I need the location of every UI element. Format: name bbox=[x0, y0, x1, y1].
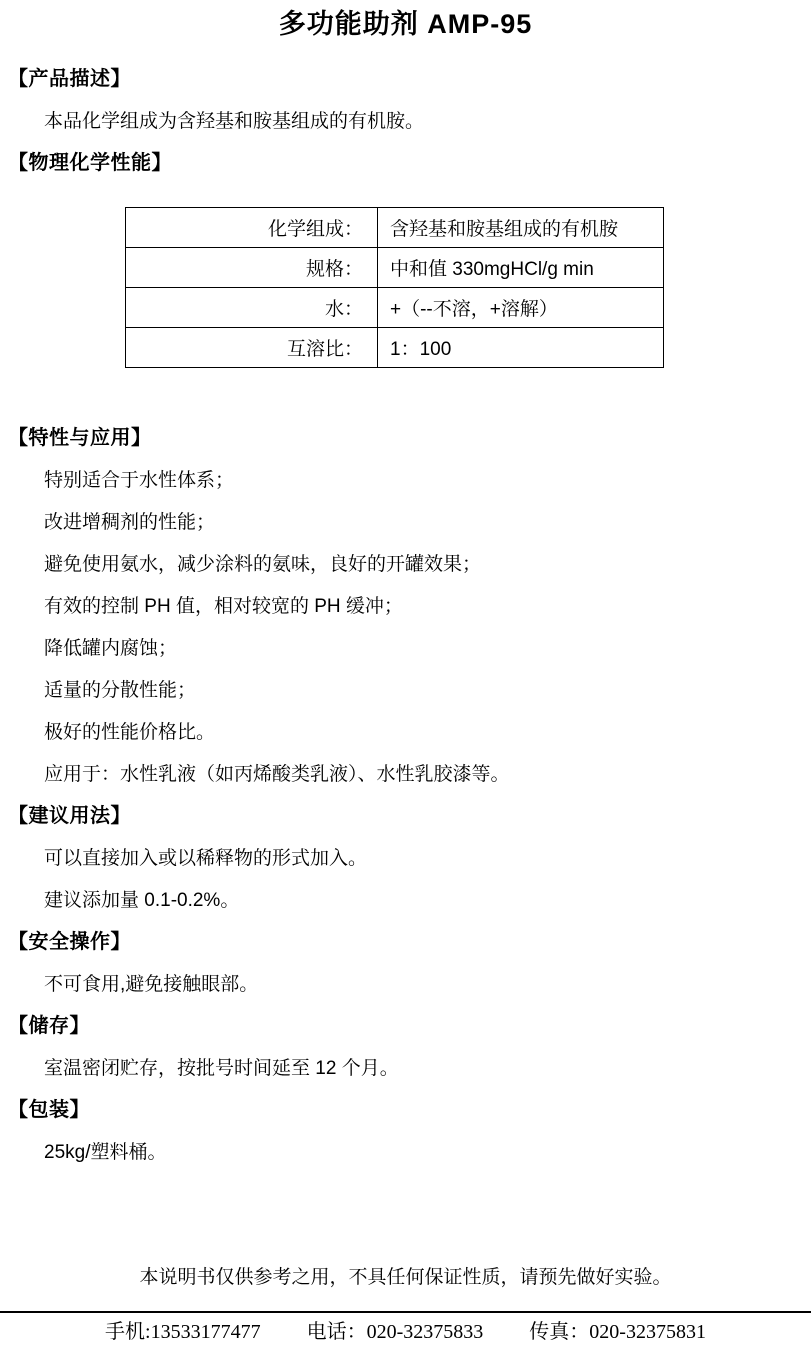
contact-bar: 手机:13533177477 电话：020-32375833 传真：020-32… bbox=[0, 1319, 811, 1345]
document-page: 多功能助剂 AMP-95 【产品描述】 本品化学组成为含羟基和胺基组成的有机胺。… bbox=[0, 0, 811, 1351]
property-value-water: +（--不溶，+溶解） bbox=[378, 288, 664, 328]
property-label-chemical-composition: 化学组成： bbox=[126, 208, 378, 248]
feature-item: 应用于：水性乳液（如丙烯酸类乳液）、水性乳胶漆等。 bbox=[44, 763, 811, 787]
property-label-water: 水： bbox=[126, 288, 378, 328]
table-row: 化学组成： 含羟基和胺基组成的有机胺 bbox=[126, 208, 664, 248]
feature-item: 降低罐内腐蚀； bbox=[44, 637, 811, 661]
table-row: 水： +（--不溶，+溶解） bbox=[126, 288, 664, 328]
contact-phone: 电话：020-32375833 bbox=[307, 1319, 484, 1345]
feature-item: 特别适合于水性体系； bbox=[44, 469, 811, 493]
contact-fax: 传真：020-32375831 bbox=[529, 1319, 706, 1345]
product-description-text: 本品化学组成为含羟基和胺基组成的有机胺。 bbox=[44, 110, 811, 134]
properties-table: 化学组成： 含羟基和胺基组成的有机胺 规格： 中和值 330mgHCl/g mi… bbox=[125, 207, 664, 368]
section-heading-safety: 【安全操作】 bbox=[8, 929, 811, 955]
property-label-specification: 规格： bbox=[126, 248, 378, 288]
section-heading-physical-chemical-properties: 【物理化学性能】 bbox=[8, 150, 811, 176]
feature-item: 适量的分散性能； bbox=[44, 679, 811, 703]
disclaimer-text: 本说明书仅供参考之用，不具任何保证性质，请预先做好实验。 bbox=[0, 1266, 811, 1290]
feature-item: 有效的控制 PH 值，相对较宽的 PH 缓冲； bbox=[44, 595, 811, 619]
table-row: 规格： 中和值 330mgHCl/g min bbox=[126, 248, 664, 288]
section-heading-storage: 【储存】 bbox=[8, 1013, 811, 1039]
property-value-miscibility-ratio: 1：100 bbox=[378, 328, 664, 368]
property-value-chemical-composition: 含羟基和胺基组成的有机胺 bbox=[378, 208, 664, 248]
section-heading-product-description: 【产品描述】 bbox=[8, 66, 811, 92]
safety-text: 不可食用,避免接触眼部。 bbox=[44, 973, 811, 997]
feature-item: 极好的性能价格比。 bbox=[44, 721, 811, 745]
table-row: 互溶比： 1：100 bbox=[126, 328, 664, 368]
storage-text: 室温密闭贮存，按批号时间延至 12 个月。 bbox=[44, 1057, 811, 1081]
footer-divider bbox=[0, 1311, 811, 1313]
packaging-text: 25kg/塑料桶。 bbox=[44, 1141, 811, 1165]
feature-item: 改进增稠剂的性能； bbox=[44, 511, 811, 535]
property-value-specification: 中和值 330mgHCl/g min bbox=[378, 248, 664, 288]
usage-item: 建议添加量 0.1-0.2%。 bbox=[44, 889, 811, 913]
property-label-miscibility-ratio: 互溶比： bbox=[126, 328, 378, 368]
contact-mobile: 手机:13533177477 bbox=[105, 1319, 261, 1345]
usage-item: 可以直接加入或以稀释物的形式加入。 bbox=[44, 847, 811, 871]
section-heading-features-applications: 【特性与应用】 bbox=[8, 425, 811, 451]
section-heading-suggested-usage: 【建议用法】 bbox=[8, 803, 811, 829]
feature-item: 避免使用氨水，减少涂料的氨味，良好的开罐效果； bbox=[44, 553, 811, 577]
section-heading-packaging: 【包装】 bbox=[8, 1097, 811, 1123]
document-title: 多功能助剂 AMP-95 bbox=[0, 0, 811, 42]
